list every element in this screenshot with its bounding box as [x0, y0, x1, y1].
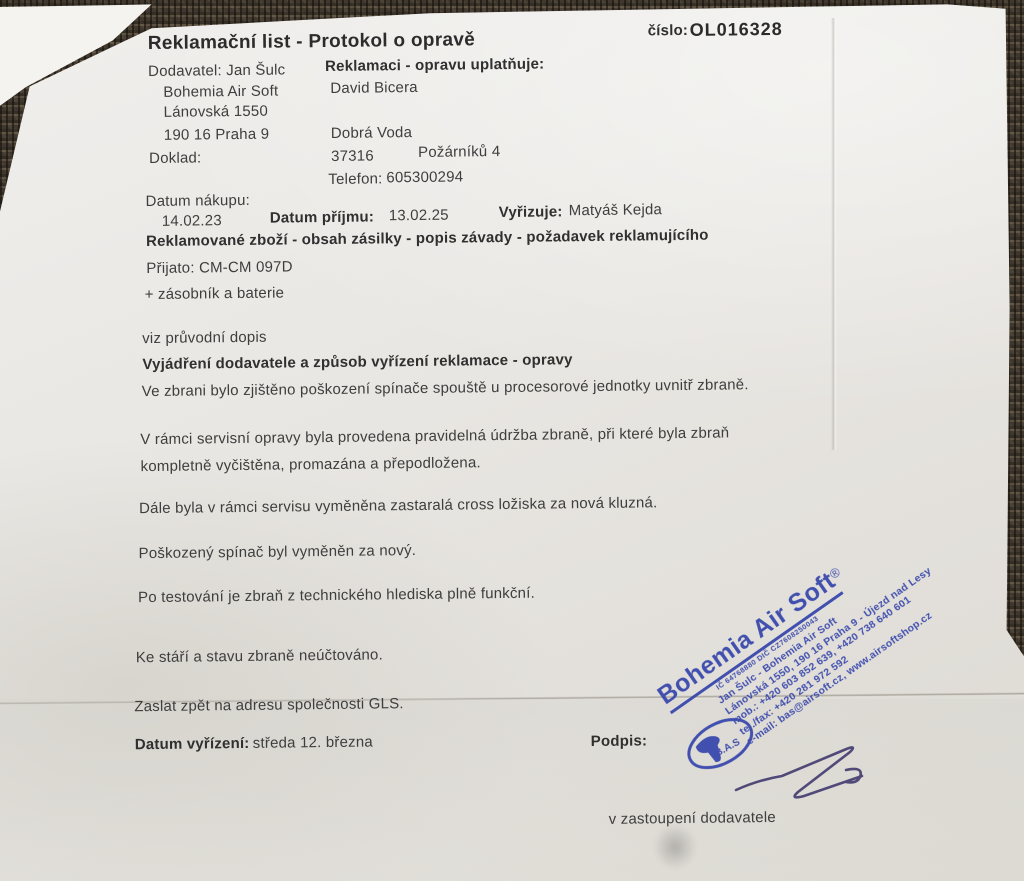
doklad-label: Doklad:	[149, 149, 201, 167]
purchase-date-label: Datum nákupu:	[146, 192, 251, 210]
number-label: číslo:	[648, 22, 689, 39]
paragraph-2: V rámci servisní opravy byla provedena p…	[140, 419, 796, 480]
received-date-label: Datum příjmu:	[270, 208, 374, 226]
paragraph-3: Dále byla v rámci servisu vyměněna zasta…	[139, 494, 658, 517]
ink-smudge	[653, 824, 697, 870]
purchase-date: 14.02.23	[162, 212, 222, 230]
paragraph-4: Poškozený spínač byl vyměněn za nový.	[139, 542, 417, 562]
claimant-name: David Bicera	[330, 79, 418, 97]
phone-value: 605300294	[386, 168, 463, 186]
supplier-city: 190 16 Praha 9	[164, 126, 270, 144]
supplier-company: Bohemia Air Soft	[163, 83, 278, 101]
supplier-label: Dodavatel: Jan Šulc	[148, 61, 285, 80]
handler-name: Matyáš Kejda	[569, 201, 662, 219]
paragraph-6: Ke stáří a stavu zbraně neúčtováno.	[136, 646, 383, 666]
claimant-zip: 37316	[331, 147, 374, 164]
note: viz průvodní dopis	[142, 329, 267, 347]
statement-header: Vyjádření dodavatele a způsob vyřízení r…	[142, 351, 572, 373]
phone-label: Telefon:	[328, 170, 382, 188]
signature-label: Podpis:	[591, 732, 648, 750]
accessories: + zásobník a baterie	[145, 284, 285, 303]
claimant-city: Dobrá Voda	[331, 124, 412, 142]
resolution-label: Datum vyřízení:	[135, 735, 250, 753]
paragraph-7: Zaslat zpět na adresu společnosti GLS.	[134, 695, 404, 715]
document-number: OL016328	[690, 19, 783, 41]
handwritten-signature	[728, 728, 918, 818]
paragraph-5: Po testování je zbraň z technického hled…	[138, 585, 535, 607]
received-item: Přijato: CM-CM 097D	[146, 258, 293, 277]
received-date: 13.02.25	[389, 207, 449, 225]
page-title: Reklamační list - Protokol o opravě	[148, 29, 475, 55]
claimant-header: Reklamaci - opravu uplatňuje:	[325, 56, 544, 75]
handler-label: Vyřizuje:	[499, 203, 563, 221]
supplier-street: Lánovská 1550	[163, 103, 268, 121]
paragraph-1: Ve zbrani bylo zjištěno poškození spínač…	[142, 376, 749, 400]
goods-header: Reklamované zboží - obsah zásilky - popi…	[146, 227, 709, 250]
resolution-date: středa 12. března	[253, 734, 373, 752]
claimant-street: Požárníků 4	[418, 143, 500, 161]
photo-background: Reklamační list - Protokol o opravě čísl…	[0, 0, 1024, 881]
